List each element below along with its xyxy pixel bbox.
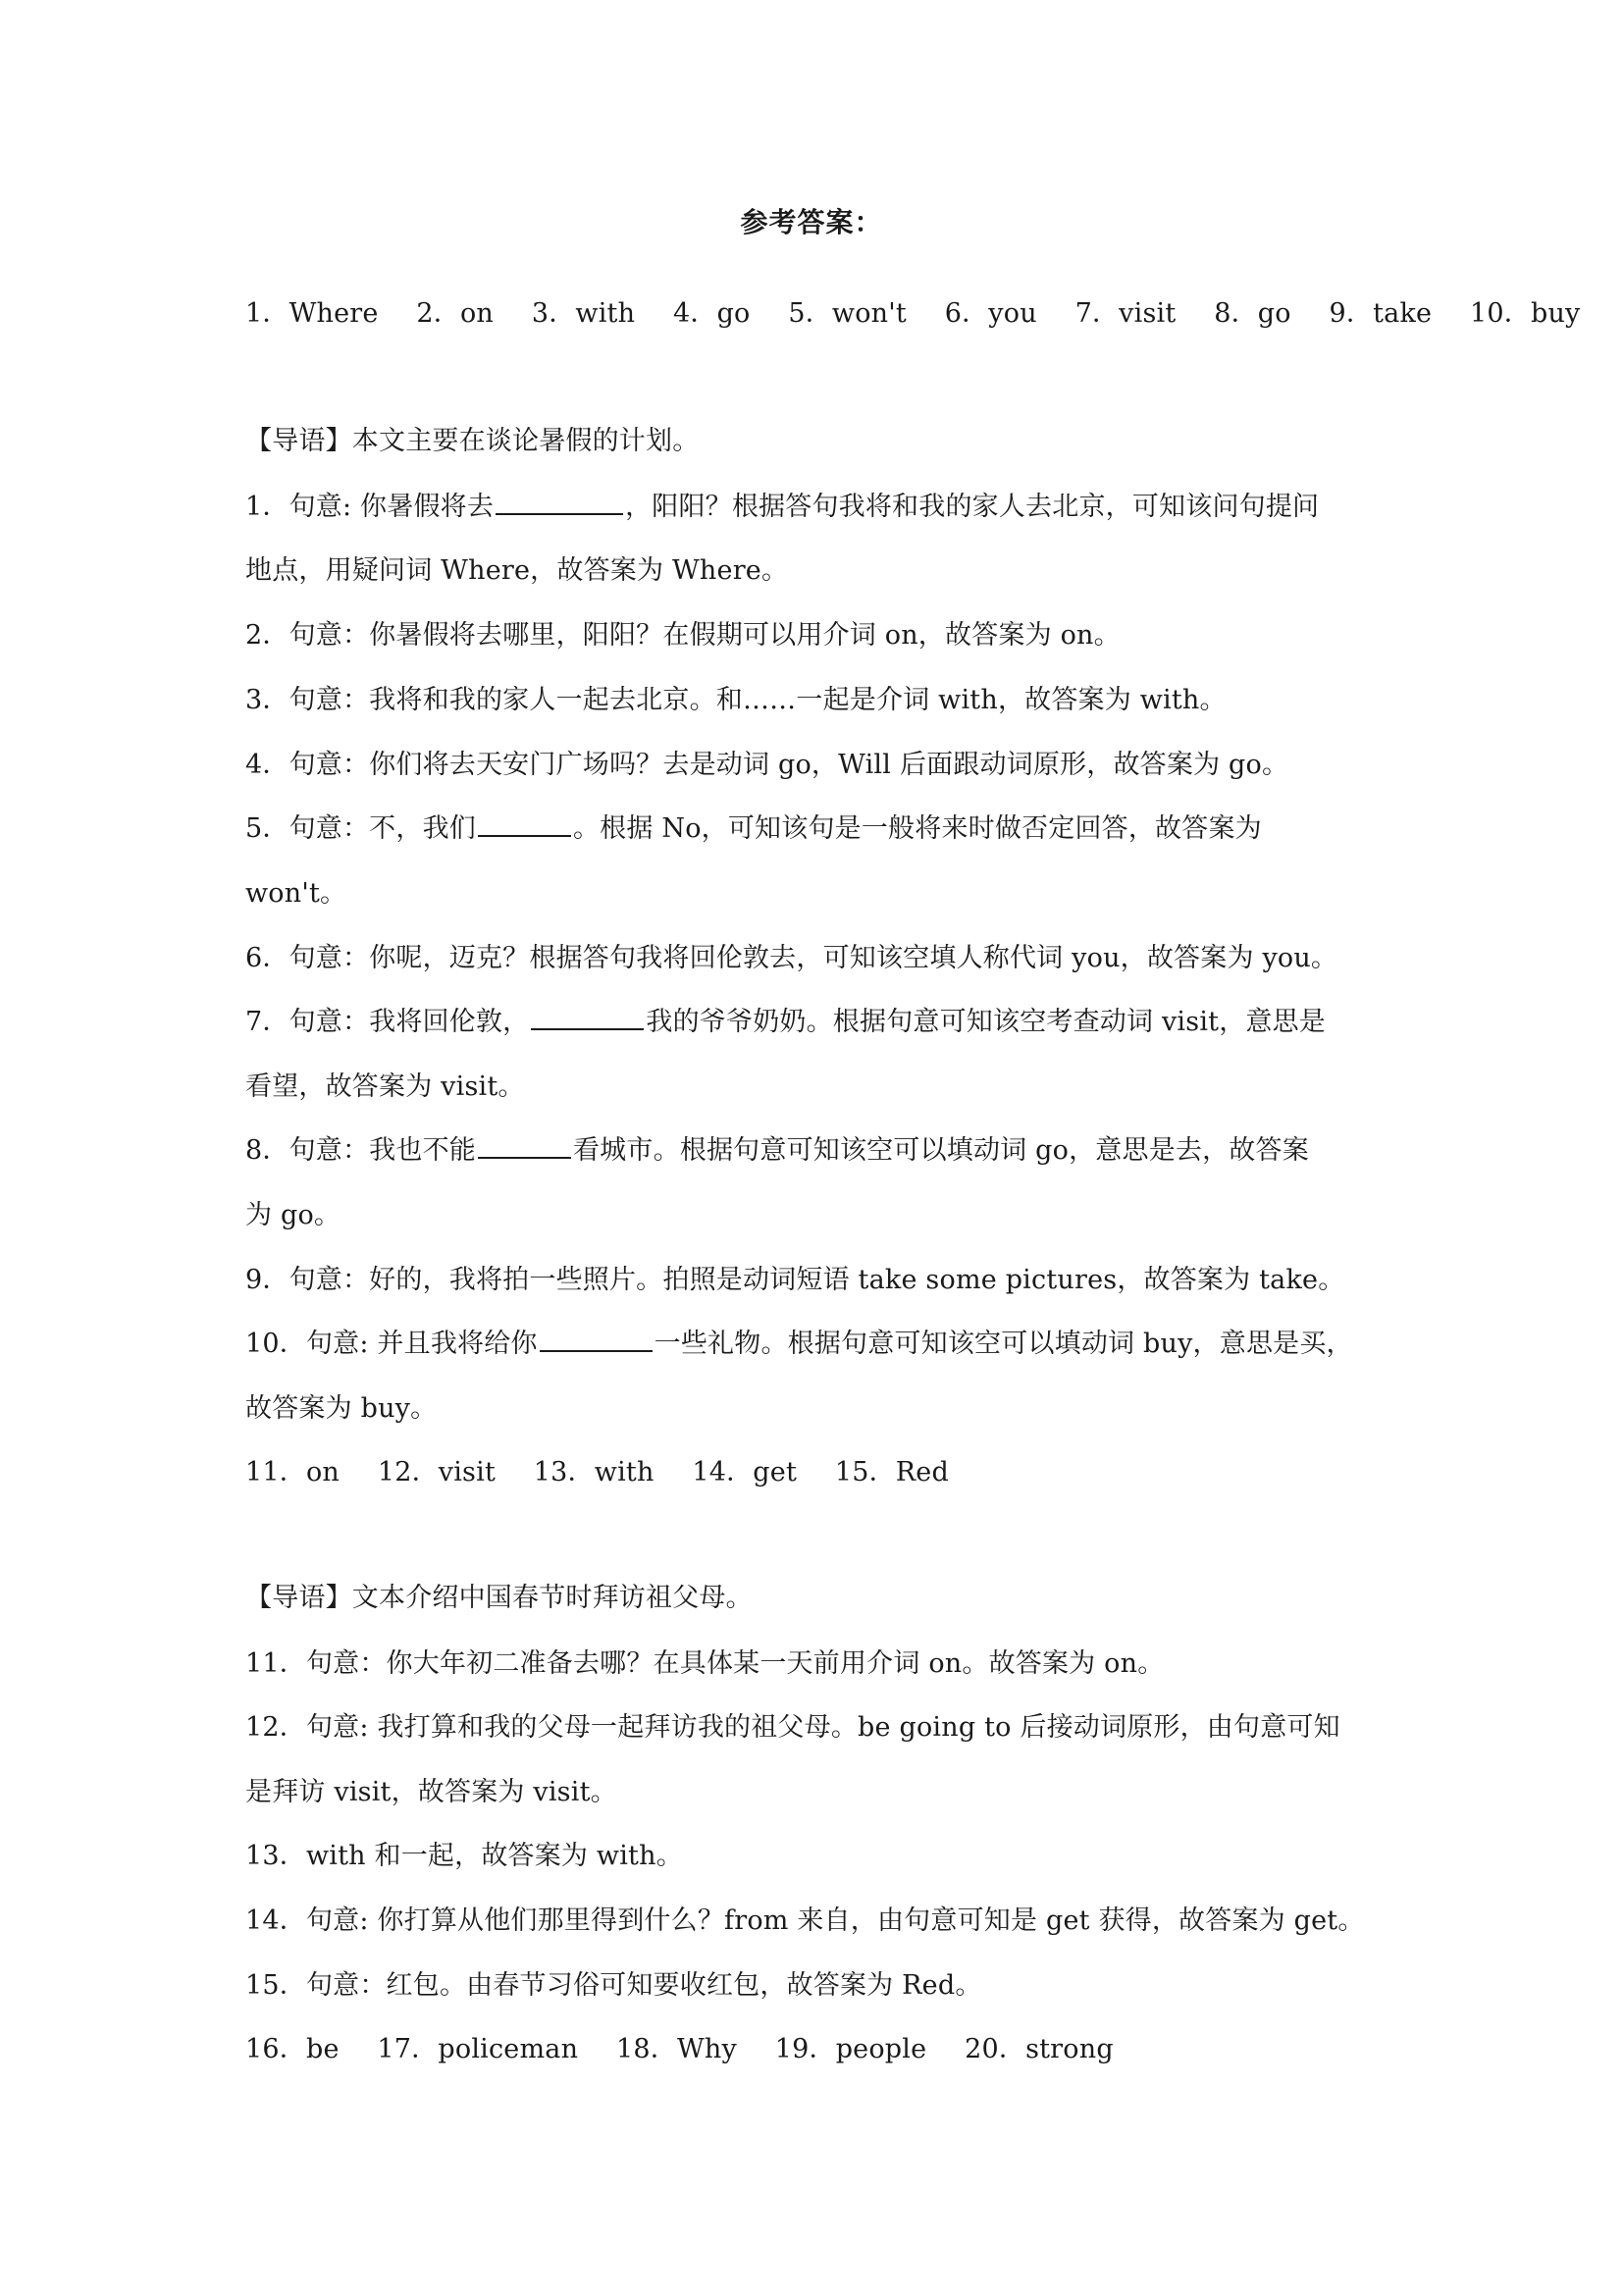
section1-intro: 【导语】本文主要在谈论暑假的计划。 [245, 422, 1393, 461]
explanation-13: 13．with 和一起，故答案为 with。 [245, 1837, 1393, 1876]
explanation-5: 5．句意：不，我们。根据 No，可知该句是一般将来时做否定回答，故答案为 [245, 809, 1393, 849]
explanation-text: 10．句意: 并且我将给你 [245, 1329, 538, 1359]
explanation-14: 14．句意: 你打算从他们那里得到什么？from 来自，由句意可知是 get 获… [245, 1902, 1393, 1941]
answer-15: 15．Red [835, 1453, 949, 1492]
fill-blank [540, 1325, 653, 1352]
explanation-5-cont: won't。 [245, 874, 1393, 913]
explanation-text: 1．句意: 你暑假将去 [245, 492, 494, 522]
explanation-1-cont: 地点，用疑问词 Where，故答案为 Where。 [245, 551, 1393, 591]
explanation-7: 7．句意：我将回伦敦，我的爷爷奶奶。根据句意可知该空考查动词 visit，意思是 [245, 1003, 1393, 1042]
answer-key-11-15: 11．on 12．visit 13．with 14．get 15．Red [245, 1453, 1393, 1492]
document-page: 参考答案： 1．Where 2．on 3．with 4．go 5．won't 6… [0, 0, 1623, 2296]
explanation-10: 10．句意: 并且我将给你一些礼物。根据句意可知该空可以填动词 buy，意思是买… [245, 1325, 1393, 1364]
answer-5: 5．won't [788, 294, 907, 334]
explanation-7-cont: 看望，故答案为 visit。 [245, 1068, 1393, 1107]
explanation-text: 8．句意：我也不能 [245, 1135, 476, 1166]
answer-14: 14．get [692, 1453, 797, 1492]
explanation-12-cont: 是拜访 visit，故答案为 visit。 [245, 1773, 1393, 1812]
explanation-text: 一些礼物。根据句意可知该空可以填动词 buy，意思是买， [654, 1329, 1353, 1359]
answer-9: 9．take [1330, 294, 1433, 334]
answer-7: 7．visit [1075, 294, 1177, 334]
explanation-text: 7．句意：我将回伦敦， [245, 1007, 529, 1037]
explanation-text: 我的爷爷奶奶。根据句意可知该空考查动词 visit，意思是 [646, 1007, 1326, 1037]
answer-17: 17．policeman [377, 2030, 578, 2069]
answer-1: 1．Where [245, 294, 379, 334]
explanation-15: 15．句意：红包。由春节习俗可知要收红包，故答案为 Red。 [245, 1966, 1393, 2006]
answer-key-1-10: 1．Where 2．on 3．with 4．go 5．won't 6．you 7… [245, 294, 1393, 334]
answer-3: 3．with [532, 294, 635, 334]
explanation-1: 1．句意: 你暑假将去，阳阳？根据答句我将和我的家人去北京，可知该问句提问 [245, 488, 1393, 527]
explanation-text: ，阳阳？根据答句我将和我的家人去北京，可知该问句提问 [625, 492, 1319, 522]
explanation-text: 5．句意：不，我们 [245, 813, 476, 844]
fill-blank [478, 1131, 571, 1159]
fill-blank [478, 809, 571, 837]
explanation-9: 9．句意：好的，我将拍一些照片。拍照是动词短语 take some pictur… [245, 1261, 1393, 1300]
explanation-text: 看城市。根据句意可知该空可以填动词 go，意思是去，故答案 [573, 1135, 1309, 1166]
explanation-8: 8．句意：我也不能看城市。根据句意可知该空可以填动词 go，意思是去，故答案 [245, 1131, 1393, 1171]
answer-13: 13．with [534, 1453, 654, 1492]
answer-10: 10．buy [1470, 294, 1580, 334]
explanation-8-cont: 为 go。 [245, 1196, 1393, 1235]
answer-6: 6．you [945, 294, 1037, 334]
answer-16: 16．be [245, 2030, 340, 2069]
explanation-12: 12．句意: 我打算和我的父母一起拜访我的祖父母。be going to 后接动… [245, 1708, 1393, 1748]
explanation-10-cont: 故答案为 buy。 [245, 1389, 1393, 1429]
explanation-4: 4．句意：你们将去天安门广场吗？去是动词 go，Will 后面跟动词原形，故答案… [245, 746, 1393, 785]
fill-blank [531, 1003, 644, 1030]
explanation-text: 。根据 No，可知该句是一般将来时做否定回答，故答案为 [573, 813, 1262, 844]
page-title: 参考答案： [0, 201, 1623, 240]
section2-intro: 【导语】文本介绍中国春节时拜访祖父母。 [245, 1579, 1393, 1618]
answer-key-16-20: 16．be 17．policeman 18．Why 19．people 20．s… [245, 2030, 1393, 2069]
answer-12: 12．visit [378, 1453, 496, 1492]
answer-19: 19．people [775, 2030, 927, 2069]
answer-2: 2．on [416, 294, 494, 334]
answer-11: 11．on [245, 1453, 340, 1492]
answer-4: 4．go [673, 294, 751, 334]
answer-18: 18．Why [616, 2030, 737, 2069]
answer-8: 8．go [1214, 294, 1291, 334]
explanation-11: 11．句意：你大年初二准备去哪？在具体某一天前用介词 on。故答案为 on。 [245, 1644, 1393, 1684]
explanation-3: 3．句意：我将和我的家人一起去北京。和……一起是介词 with，故答案为 wit… [245, 681, 1393, 720]
answer-20: 20．strong [965, 2030, 1114, 2069]
explanation-2: 2．句意：你暑假将去哪里，阳阳？在假期可以用介词 on，故答案为 on。 [245, 616, 1393, 655]
fill-blank [496, 488, 623, 515]
explanation-6: 6．句意：你呢，迈克？根据答句我将回伦敦去，可知该空填人称代词 you，故答案为… [245, 939, 1393, 978]
